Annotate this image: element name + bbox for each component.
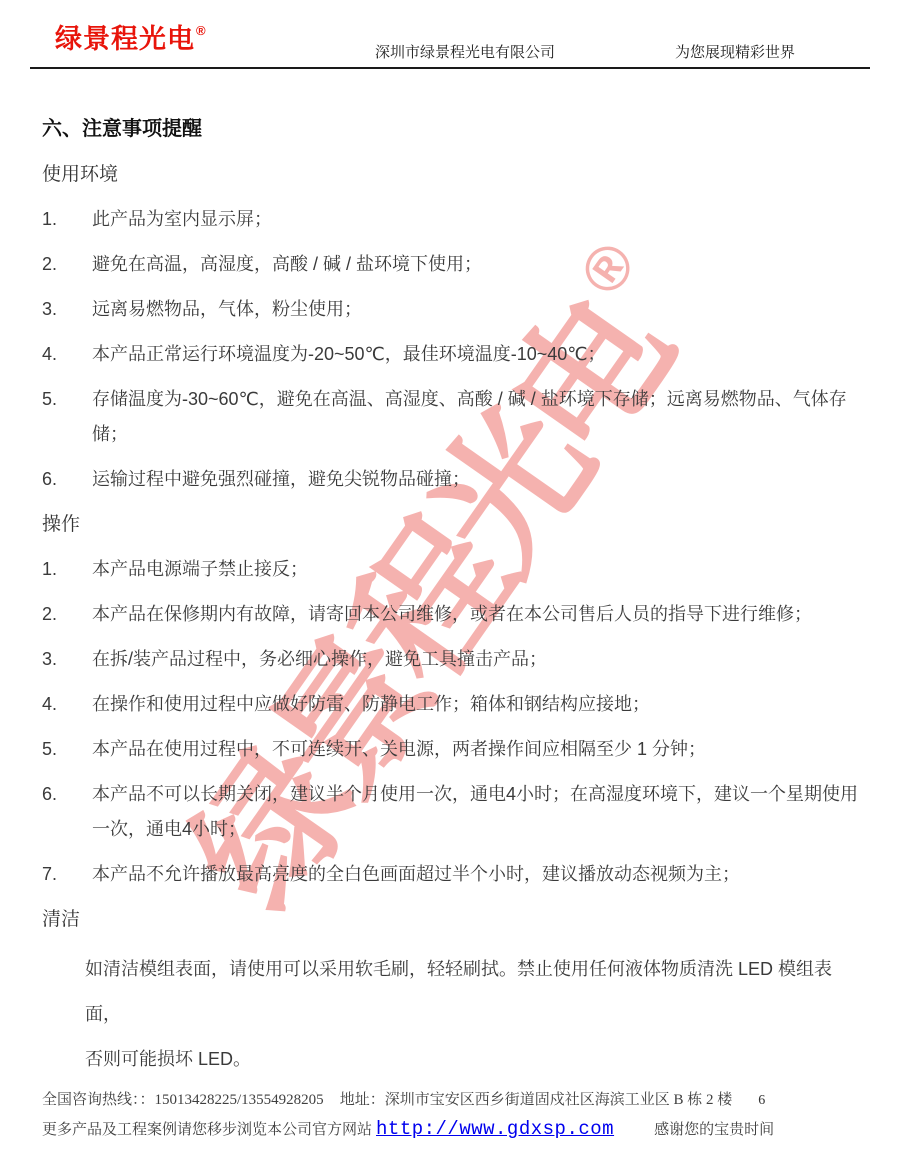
item-number: 7. — [42, 857, 92, 892]
list-item: 3. 远离易燃物品，气体，粉尘使用； — [42, 292, 858, 327]
list-item: 1. 本产品电源端子禁止接反； — [42, 552, 858, 587]
cleaning-paragraph-line: 否则可能损坏 LED。 — [85, 1037, 858, 1082]
item-text: 远离易燃物品，气体，粉尘使用； — [92, 292, 858, 327]
item-text: 本产品不允许播放最高亮度的全白色画面超过半个小时，建议播放动态视频为主； — [92, 857, 858, 892]
logo-registered-mark-icon: ® — [196, 23, 207, 38]
item-number: 2. — [42, 247, 92, 282]
address-text: 深圳市宝安区西乡街道固戍社区海滨工业区 B 栋 2 楼 — [385, 1092, 733, 1108]
item-number: 6. — [42, 462, 92, 497]
list-item: 2. 避免在高温，高湿度，高酸 / 碱 / 盐环境下使用； — [42, 247, 858, 282]
item-number: 2. — [42, 597, 92, 632]
list-item: 4. 在操作和使用过程中应做好防雷、防静电工作；箱体和钢结构应接地； — [42, 687, 858, 722]
item-number: 5. — [42, 732, 92, 767]
page-footer: 全国咨询热线：：15013428225/13554928205地址：深圳市宝安区… — [42, 1086, 858, 1144]
item-text: 本产品正常运行环境温度为-20~50℃，最佳环境温度-10~40℃； — [92, 337, 858, 372]
address-label: 地址： — [340, 1092, 385, 1108]
list-item: 4. 本产品正常运行环境温度为-20~50℃，最佳环境温度-10~40℃； — [42, 337, 858, 372]
hotline-label: 全国咨询热线：： — [42, 1092, 155, 1108]
item-number: 3. — [42, 642, 92, 677]
item-text: 在拆/装产品过程中，务必细心操作，避免工具撞击产品； — [92, 642, 858, 677]
section-heading-operation: 操作 — [42, 507, 858, 542]
item-text: 本产品在保修期内有故障，请寄回本公司维修，或者在本公司售后人员的指导下进行维修； — [92, 597, 858, 632]
list-item: 1. 此产品为室内显示屏； — [42, 202, 858, 237]
item-number: 3. — [42, 292, 92, 327]
website-intro-text: 更多产品及工程案例请您移步浏览本公司官方网站 — [42, 1122, 372, 1138]
item-number: 4. — [42, 337, 92, 372]
list-item: 5. 存储温度为-30~60℃，避免在高温、高湿度、高酸 / 碱 / 盐环境下存… — [42, 382, 858, 452]
logo-text: 绿景程光电 — [55, 24, 195, 54]
item-number: 5. — [42, 382, 92, 417]
page-number: 6 — [758, 1093, 765, 1108]
item-text: 在操作和使用过程中应做好防雷、防静电工作；箱体和钢结构应接地； — [92, 687, 858, 722]
cleaning-paragraph-line: 如清洁模组表面，请使用可以采用软毛刷，轻轻刷拭。禁止使用任何液体物质清洗 LED… — [85, 947, 858, 1037]
item-text: 此产品为室内显示屏； — [92, 202, 858, 237]
footer-contact-line: 全国咨询热线：：15013428225/13554928205地址：深圳市宝安区… — [42, 1086, 858, 1115]
page-title: 六、注意事项提醒 — [42, 111, 858, 147]
company-logo: 绿景程光电® — [55, 26, 206, 53]
item-text: 本产品不可以长期关闭，建议半个月使用一次，通电4小时；在高湿度环境下，建议一个星… — [92, 777, 858, 847]
page-header: 绿景程光电® 深圳市绿景程光电有限公司 为您展现精彩世界 — [30, 0, 870, 69]
item-number: 1. — [42, 202, 92, 237]
item-number: 1. — [42, 552, 92, 587]
list-item: 6. 本产品不可以长期关闭，建议半个月使用一次，通电4小时；在高湿度环境下，建议… — [42, 777, 858, 847]
item-text: 本产品在使用过程中，不可连续开、关电源，两者操作间应相隔至少 1 分钟； — [92, 732, 858, 767]
item-number: 6. — [42, 777, 92, 812]
header-company-name: 深圳市绿景程光电有限公司 — [375, 41, 555, 62]
list-item: 7. 本产品不允许播放最高亮度的全白色画面超过半个小时，建议播放动态视频为主； — [42, 857, 858, 892]
section-heading-usage-environment: 使用环境 — [42, 157, 858, 192]
thanks-text: 感谢您的宝贵时间 — [654, 1122, 774, 1138]
document-page: 绿景程光电® 绿景程光电® 深圳市绿景程光电有限公司 为您展现精彩世界 六、注意… — [0, 0, 900, 1174]
item-text: 运输过程中避免强烈碰撞，避免尖锐物品碰撞； — [92, 462, 858, 497]
item-number: 4. — [42, 687, 92, 722]
document-body: 六、注意事项提醒 使用环境 1. 此产品为室内显示屏； 2. 避免在高温，高湿度… — [42, 111, 858, 1082]
item-text: 本产品电源端子禁止接反； — [92, 552, 858, 587]
item-text: 避免在高温，高湿度，高酸 / 碱 / 盐环境下使用； — [92, 247, 858, 282]
item-text: 存储温度为-30~60℃，避免在高温、高湿度、高酸 / 碱 / 盐环境下存储；远… — [92, 382, 858, 452]
section-heading-cleaning: 清洁 — [42, 902, 858, 937]
hotline-numbers: 15013428225/13554928205 — [155, 1092, 324, 1108]
list-item: 2. 本产品在保修期内有故障，请寄回本公司维修，或者在本公司售后人员的指导下进行… — [42, 597, 858, 632]
website-link[interactable]: http://www.gdxsp.com — [376, 1118, 614, 1140]
list-item: 6. 运输过程中避免强烈碰撞，避免尖锐物品碰撞； — [42, 462, 858, 497]
header-slogan: 为您展现精彩世界 — [675, 41, 795, 62]
list-item: 5. 本产品在使用过程中，不可连续开、关电源，两者操作间应相隔至少 1 分钟； — [42, 732, 858, 767]
list-item: 3. 在拆/装产品过程中，务必细心操作，避免工具撞击产品； — [42, 642, 858, 677]
footer-website-line: 更多产品及工程案例请您移步浏览本公司官方网站http://www.gdxsp.c… — [42, 1115, 858, 1144]
